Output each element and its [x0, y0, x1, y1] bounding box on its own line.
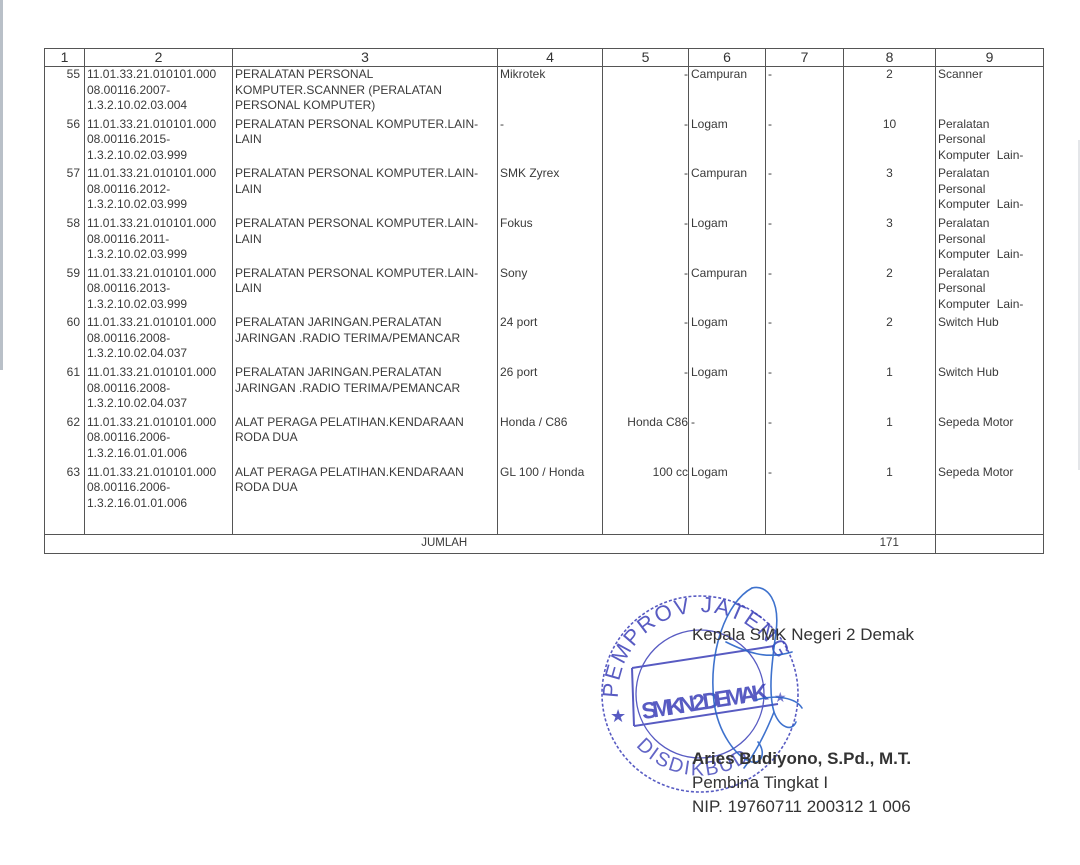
- asset-name: PERALATAN PERSONAL KOMPUTER.LAIN-LAIN: [233, 117, 498, 167]
- size-cc: -: [603, 315, 689, 365]
- table-row: 5611.01.33.21.010101.00008.00116.2015-1.…: [45, 117, 1044, 167]
- size-cc: -: [603, 67, 689, 117]
- asset-name: PERALATAN JARINGAN.PERALATANJARINGAN .RA…: [233, 365, 498, 415]
- row-number: 55: [45, 67, 85, 117]
- description-line: Switch Hub: [938, 315, 1041, 331]
- total-qty: 171: [844, 534, 936, 553]
- asset-code-line: 1.3.2.16.01.01.006: [87, 496, 230, 512]
- quantity: 2: [844, 67, 936, 117]
- brand-type: GL 100 / Honda: [498, 465, 603, 535]
- col-7: -: [766, 166, 844, 216]
- asset-code-line: 08.00116.2007-: [87, 83, 230, 99]
- total-row: JUMLAH 171: [45, 534, 1044, 553]
- asset-code-line: 11.01.33.21.010101.000: [87, 465, 230, 481]
- asset-code-line: 08.00116.2011-: [87, 232, 230, 248]
- header-col-7: 7: [766, 49, 844, 67]
- size-cc: -: [603, 365, 689, 415]
- col-7: -: [766, 67, 844, 117]
- page-edge-left: [0, 0, 3, 370]
- asset-name-line: KOMPUTER.SCANNER (PERALATAN: [235, 83, 495, 99]
- material: Logam: [689, 315, 766, 365]
- inventory-table: 1 2 3 4 5 6 7 8 9 5511.01.33.21.010101.0…: [44, 48, 1044, 554]
- col-7: -: [766, 315, 844, 365]
- asset-code-line: 11.01.33.21.010101.000: [87, 365, 230, 381]
- asset-code-line: 08.00116.2008-: [87, 331, 230, 347]
- table-row: 5511.01.33.21.010101.00008.00116.2007-1.…: [45, 67, 1044, 117]
- asset-code-line: 1.3.2.10.02.04.037: [87, 346, 230, 362]
- table-row: 6211.01.33.21.010101.00008.00116.2006-1.…: [45, 415, 1044, 465]
- brand-type: 26 port: [498, 365, 603, 415]
- asset-name-line: PERALATAN PERSONAL: [235, 67, 495, 83]
- header-col-5: 5: [603, 49, 689, 67]
- size-cc: Honda C86: [603, 415, 689, 465]
- quantity: 3: [844, 166, 936, 216]
- description: Scanner: [936, 67, 1044, 117]
- asset-code-line: 11.01.33.21.010101.000: [87, 117, 230, 133]
- asset-code: 11.01.33.21.010101.00008.00116.2006-1.3.…: [85, 465, 233, 535]
- asset-name-line: RODA DUA: [235, 430, 495, 446]
- description: Switch Hub: [936, 315, 1044, 365]
- description-line: Peralatan: [938, 216, 1041, 232]
- header-col-4: 4: [498, 49, 603, 67]
- asset-code-line: 1.3.2.10.02.03.004: [87, 98, 230, 114]
- row-number: 60: [45, 315, 85, 365]
- material: Campuran: [689, 266, 766, 316]
- brand-type: Sony: [498, 266, 603, 316]
- asset-code-line: 11.01.33.21.010101.000: [87, 67, 230, 83]
- col-7: -: [766, 117, 844, 167]
- description-line: Personal: [938, 132, 1041, 148]
- description: PeralatanPersonalKomputer Lain-: [936, 117, 1044, 167]
- asset-code: 11.01.33.21.010101.00008.00116.2015-1.3.…: [85, 117, 233, 167]
- header-row: 1 2 3 4 5 6 7 8 9: [45, 49, 1044, 67]
- asset-name-line: LAIN: [235, 182, 495, 198]
- material: Campuran: [689, 166, 766, 216]
- quantity: 1: [844, 465, 936, 535]
- signatory-title: Kepala SMK Negeri 2 Demak: [692, 624, 914, 646]
- asset-code-line: 11.01.33.21.010101.000: [87, 315, 230, 331]
- row-number: 63: [45, 465, 85, 535]
- quantity: 2: [844, 315, 936, 365]
- asset-name-line: PERALATAN PERSONAL KOMPUTER.LAIN-: [235, 117, 495, 133]
- size-cc: -: [603, 266, 689, 316]
- asset-name-line: RODA DUA: [235, 480, 495, 496]
- asset-name-line: PERSONAL KOMPUTER): [235, 98, 495, 114]
- star-icon: ★: [610, 706, 626, 726]
- col-7: -: [766, 465, 844, 535]
- row-number: 62: [45, 415, 85, 465]
- description: PeralatanPersonalKomputer Lain-: [936, 166, 1044, 216]
- description-line: Personal: [938, 232, 1041, 248]
- row-number: 59: [45, 266, 85, 316]
- row-number: 61: [45, 365, 85, 415]
- header-col-8: 8: [844, 49, 936, 67]
- asset-code-line: 1.3.2.10.02.03.999: [87, 197, 230, 213]
- asset-name-line: LAIN: [235, 132, 495, 148]
- asset-code-line: 1.3.2.16.01.01.006: [87, 446, 230, 462]
- asset-code-line: 08.00116.2012-: [87, 182, 230, 198]
- material: Campuran: [689, 67, 766, 117]
- description-line: Komputer Lain-: [938, 247, 1041, 263]
- header-col-1: 1: [45, 49, 85, 67]
- description-line: Scanner: [938, 67, 1041, 83]
- asset-name: PERALATAN PERSONALKOMPUTER.SCANNER (PERA…: [233, 67, 498, 117]
- table-row: 5811.01.33.21.010101.00008.00116.2011-1.…: [45, 216, 1044, 266]
- asset-code: 11.01.33.21.010101.00008.00116.2006-1.3.…: [85, 415, 233, 465]
- description-line: Peralatan: [938, 166, 1041, 182]
- description-line: Komputer Lain-: [938, 148, 1041, 164]
- row-number: 57: [45, 166, 85, 216]
- quantity: 1: [844, 415, 936, 465]
- table-row: 5711.01.33.21.010101.00008.00116.2012-1.…: [45, 166, 1044, 216]
- size-cc: -: [603, 216, 689, 266]
- asset-code-line: 1.3.2.10.02.04.037: [87, 396, 230, 412]
- signatory-rank: Pembina Tingkat I: [692, 772, 828, 794]
- description-line: Komputer Lain-: [938, 197, 1041, 213]
- asset-code: 11.01.33.21.010101.00008.00116.2012-1.3.…: [85, 166, 233, 216]
- asset-code-line: 1.3.2.10.02.03.999: [87, 148, 230, 164]
- table-body: 5511.01.33.21.010101.00008.00116.2007-1.…: [45, 67, 1044, 535]
- asset-name: PERALATAN PERSONAL KOMPUTER.LAIN-LAIN: [233, 216, 498, 266]
- quantity: 10: [844, 117, 936, 167]
- asset-code-line: 08.00116.2006-: [87, 480, 230, 496]
- row-number: 58: [45, 216, 85, 266]
- size-cc: -: [603, 166, 689, 216]
- asset-code-line: 08.00116.2015-: [87, 132, 230, 148]
- asset-code: 11.01.33.21.010101.00008.00116.2008-1.3.…: [85, 315, 233, 365]
- brand-type: 24 port: [498, 315, 603, 365]
- signatory-nip: NIP. 19760711 200312 1 006: [692, 796, 911, 818]
- asset-code-line: 1.3.2.10.02.03.999: [87, 297, 230, 313]
- description: Sepeda Motor: [936, 415, 1044, 465]
- col-7: -: [766, 365, 844, 415]
- asset-name-line: PERALATAN PERSONAL KOMPUTER.LAIN-: [235, 266, 495, 282]
- asset-name: PERALATAN PERSONAL KOMPUTER.LAIN-LAIN: [233, 166, 498, 216]
- description-line: Peralatan: [938, 117, 1041, 133]
- header-col-9: 9: [936, 49, 1044, 67]
- brand-type: Fokus: [498, 216, 603, 266]
- handwritten-signature: [696, 582, 816, 772]
- col-7: -: [766, 266, 844, 316]
- material: Logam: [689, 365, 766, 415]
- quantity: 3: [844, 216, 936, 266]
- description: PeralatanPersonalKomputer Lain-: [936, 216, 1044, 266]
- total-label: JUMLAH: [45, 534, 844, 553]
- brand-type: -: [498, 117, 603, 167]
- asset-name: PERALATAN JARINGAN.PERALATANJARINGAN .RA…: [233, 315, 498, 365]
- asset-name-line: PERALATAN PERSONAL KOMPUTER.LAIN-: [235, 166, 495, 182]
- description-line: Sepeda Motor: [938, 415, 1041, 431]
- material: -: [689, 415, 766, 465]
- material: Logam: [689, 216, 766, 266]
- asset-code-line: 11.01.33.21.010101.000: [87, 166, 230, 182]
- table-row: 6011.01.33.21.010101.00008.00116.2008-1.…: [45, 315, 1044, 365]
- asset-name: PERALATAN PERSONAL KOMPUTER.LAIN-LAIN: [233, 266, 498, 316]
- brand-type: SMK Zyrex: [498, 166, 603, 216]
- asset-code-line: 1.3.2.10.02.03.999: [87, 247, 230, 263]
- asset-code: 11.01.33.21.010101.00008.00116.2008-1.3.…: [85, 365, 233, 415]
- asset-code-line: 08.00116.2013-: [87, 281, 230, 297]
- description-line: Peralatan: [938, 266, 1041, 282]
- description-line: Personal: [938, 281, 1041, 297]
- asset-code: 11.01.33.21.010101.00008.00116.2011-1.3.…: [85, 216, 233, 266]
- brand-type: Honda / C86: [498, 415, 603, 465]
- asset-name: ALAT PERAGA PELATIHAN.KENDARAANRODA DUA: [233, 415, 498, 465]
- total-desc-empty: [936, 534, 1044, 553]
- asset-name-line: ALAT PERAGA PELATIHAN.KENDARAAN: [235, 465, 495, 481]
- asset-name-line: PERALATAN JARINGAN.PERALATAN: [235, 315, 495, 331]
- asset-name-line: PERALATAN PERSONAL KOMPUTER.LAIN-: [235, 216, 495, 232]
- size-cc: -: [603, 117, 689, 167]
- material: Logam: [689, 117, 766, 167]
- brand-type: Mikrotek: [498, 67, 603, 117]
- asset-code-line: 11.01.33.21.010101.000: [87, 266, 230, 282]
- quantity: 1: [844, 365, 936, 415]
- description: PeralatanPersonalKomputer Lain-: [936, 266, 1044, 316]
- asset-code: 11.01.33.21.010101.00008.00116.2013-1.3.…: [85, 266, 233, 316]
- table-row: 6111.01.33.21.010101.00008.00116.2008-1.…: [45, 365, 1044, 415]
- quantity: 2: [844, 266, 936, 316]
- header-col-6: 6: [689, 49, 766, 67]
- asset-name-line: ALAT PERAGA PELATIHAN.KENDARAAN: [235, 415, 495, 431]
- col-7: -: [766, 216, 844, 266]
- description-line: Sepeda Motor: [938, 465, 1041, 481]
- asset-name-line: JARINGAN .RADIO TERIMA/PEMANCAR: [235, 331, 495, 347]
- header-col-2: 2: [85, 49, 233, 67]
- asset-code-line: 08.00116.2008-: [87, 381, 230, 397]
- header-col-3: 3: [233, 49, 498, 67]
- asset-code-line: 11.01.33.21.010101.000: [87, 216, 230, 232]
- description: Sepeda Motor: [936, 465, 1044, 535]
- asset-name-line: PERALATAN JARINGAN.PERALATAN: [235, 365, 495, 381]
- signatory-name: Aries Budiyono, S.Pd., M.T.: [692, 748, 911, 770]
- material: Logam: [689, 465, 766, 535]
- table-row: 6311.01.33.21.010101.00008.00116.2006-1.…: [45, 465, 1044, 535]
- asset-name-line: LAIN: [235, 281, 495, 297]
- description-line: Switch Hub: [938, 365, 1041, 381]
- description-line: Personal: [938, 182, 1041, 198]
- size-cc: 100 cc: [603, 465, 689, 535]
- col-7: -: [766, 415, 844, 465]
- asset-name-line: LAIN: [235, 232, 495, 248]
- description: Switch Hub: [936, 365, 1044, 415]
- description-line: Komputer Lain-: [938, 297, 1041, 313]
- asset-name-line: JARINGAN .RADIO TERIMA/PEMANCAR: [235, 381, 495, 397]
- asset-code-line: 11.01.33.21.010101.000: [87, 415, 230, 431]
- table-row: 5911.01.33.21.010101.00008.00116.2013-1.…: [45, 266, 1044, 316]
- asset-code-line: 08.00116.2006-: [87, 430, 230, 446]
- row-number: 56: [45, 117, 85, 167]
- asset-name: ALAT PERAGA PELATIHAN.KENDARAANRODA DUA: [233, 465, 498, 535]
- asset-code: 11.01.33.21.010101.00008.00116.2007-1.3.…: [85, 67, 233, 117]
